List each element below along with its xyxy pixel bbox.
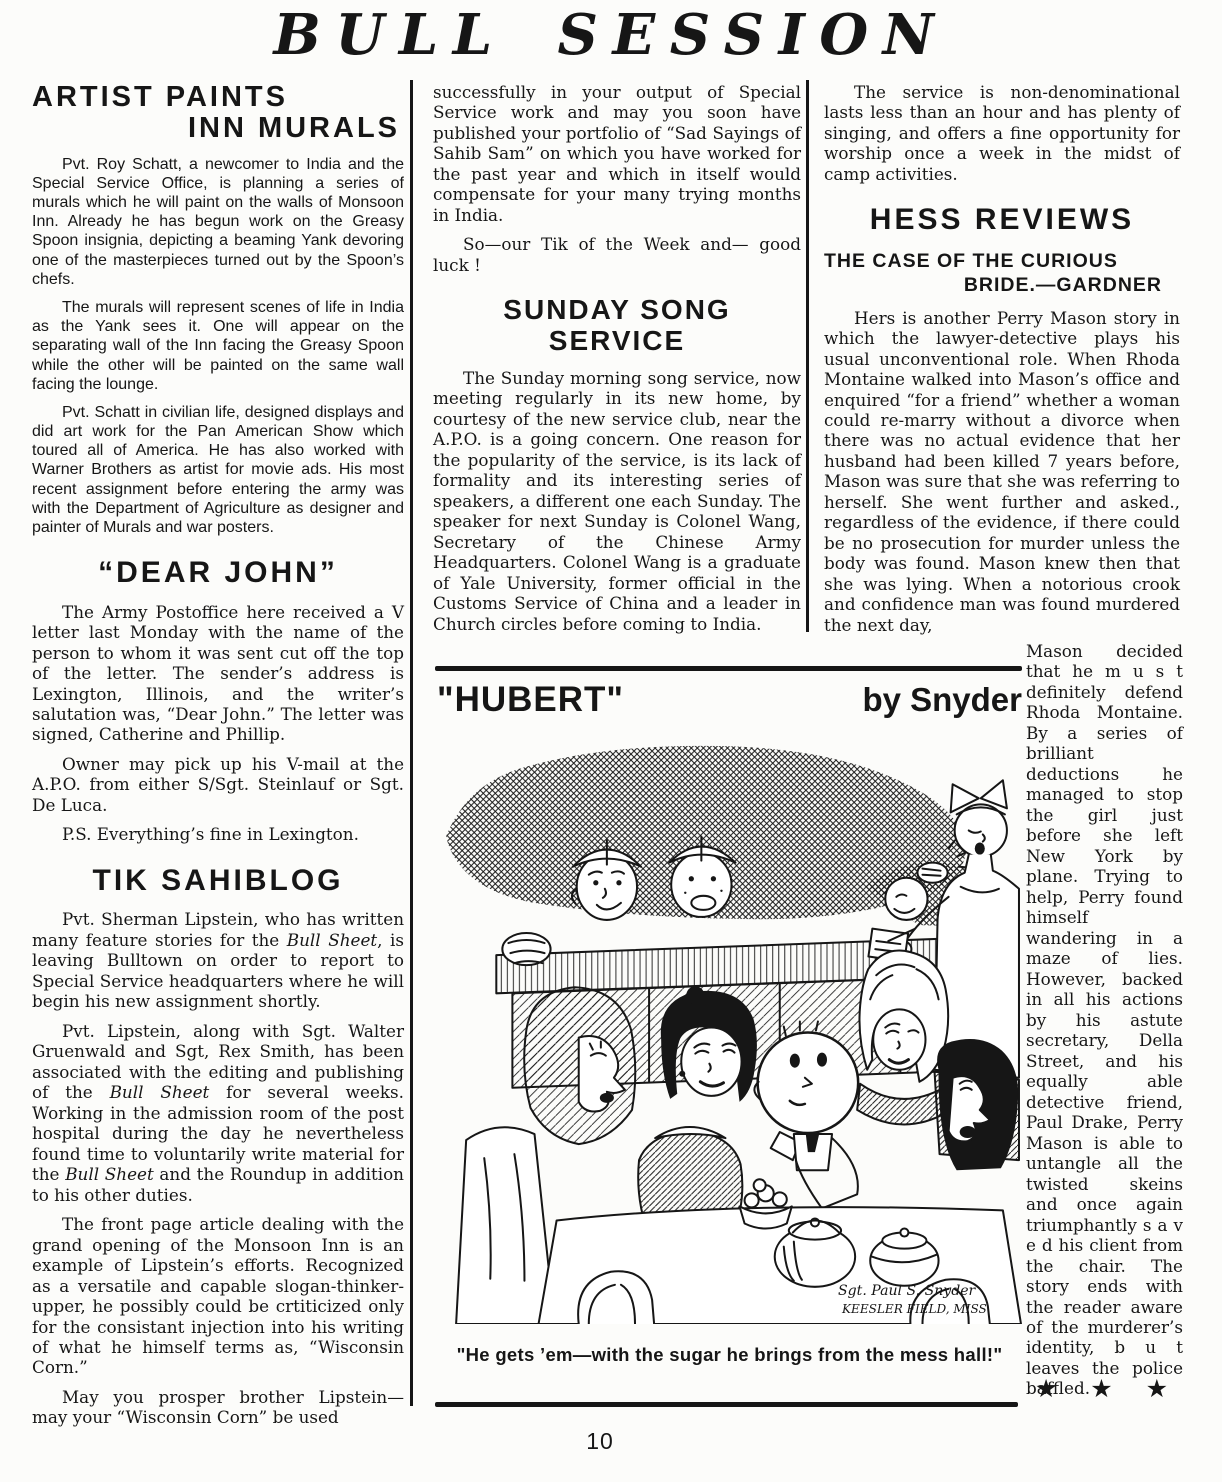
publication-name: Bull Sheet — [287, 930, 377, 950]
column-divider — [806, 80, 809, 632]
paragraph: Hers is another Perry Mason story in whi… — [824, 308, 1180, 636]
paragraph: So—our Tik of the Week and— good luck ! — [433, 234, 801, 275]
column-1: ARTIST PAINTSINN MURALS Pvt. Roy Schatt,… — [32, 82, 404, 1437]
paragraph: Pvt. Roy Schatt, a newcomer to India and… — [32, 155, 404, 289]
article-headline: SUNDAY SONG SERVICE — [433, 295, 801, 355]
woman-blonde — [857, 951, 948, 1125]
headline-line: ARTIST PAINTS — [32, 81, 288, 113]
hubert-character — [754, 1021, 858, 1208]
cartoon-illustration: Sgt. Paul S. Snyder KEESLER FIELD, MISS — [437, 736, 1022, 1324]
paragraph: Pvt. Lipstein, along with Sgt. Walter Gr… — [32, 1021, 404, 1205]
cartoon-byline: by Snyder — [862, 681, 1022, 719]
woman-headscarf — [524, 987, 635, 1144]
subhead-line: BRIDE.—GARDNER — [824, 273, 1180, 297]
cartoon-title: "HUBERT" — [437, 680, 624, 720]
page-number: 10 — [550, 1428, 650, 1455]
foreground-figure — [456, 1127, 555, 1324]
cartoon-header: "HUBERT" by Snyder — [437, 680, 1022, 720]
paragraph: P.S. Everything’s fine in Lexington. — [32, 824, 404, 844]
paragraph: Mason decided that he m u s t definitely… — [1026, 641, 1183, 1399]
column-3: The service is non-denominational lasts … — [824, 82, 1180, 644]
column-divider — [410, 80, 413, 1406]
woman-profile — [937, 1039, 1018, 1170]
article-headline: ARTIST PAINTSINN MURALS — [32, 82, 404, 145]
rating-stars: ★ ★ ★ — [1028, 1374, 1183, 1404]
cartoon-signature: KEESLER FIELD, MISS — [841, 1302, 987, 1316]
paragraph: successfully in your output of Special S… — [433, 82, 801, 225]
review-subhead: THE CASE OF THE CURIOUSBRIDE.—GARDNER — [824, 249, 1180, 298]
cartoon-bottom-rule — [435, 1402, 1018, 1407]
paragraph: May you prosper brother Lipstein— may yo… — [32, 1387, 404, 1428]
paragraph: Owner may pick up his V-mail at the A.P.… — [32, 754, 404, 815]
newspaper-page: BULL SESSION ARTIST PAINTSINN MURALS Pvt… — [0, 0, 1222, 1482]
paragraph: Pvt. Sherman Lipstein, who has written m… — [32, 909, 404, 1011]
article-headline: HESS REVIEWS — [824, 204, 1180, 236]
woman-brunette — [661, 986, 757, 1102]
subhead-line: THE CASE OF THE CURIOUS — [824, 250, 1118, 272]
publication-name: Bull Sheet — [110, 1082, 210, 1102]
cartoon-caption: "He gets ’em—with the sugar he brings fr… — [437, 1344, 1022, 1366]
article-headline: TIK SAHIBLOG — [32, 865, 404, 897]
cartoon-signature: Sgt. Paul S. Snyder — [838, 1283, 976, 1299]
page-title: BULL SESSION — [0, 2, 1222, 68]
column-2: successfully in your output of Special S… — [433, 82, 801, 643]
paragraph: Pvt. Schatt in civilian life, designed d… — [32, 403, 404, 537]
paragraph: The Sunday morning song service, now mee… — [433, 368, 801, 634]
masthead: BULL SESSION — [0, 0, 1222, 68]
paragraph: The Army Postoffice here received a V le… — [32, 602, 404, 745]
paragraph: The front page article dealing with the … — [32, 1214, 404, 1378]
headline-line: INN MURALS — [32, 113, 404, 144]
paragraph: The murals will represent scenes of life… — [32, 298, 404, 394]
column-3-narrow: Mason decided that he m u s t definitely… — [1026, 641, 1183, 1408]
gripping-hand — [502, 933, 550, 965]
paragraph: The service is non-denominational lasts … — [824, 82, 1180, 184]
article-headline: “DEAR JOHN” — [32, 557, 404, 589]
publication-name: Bull Sheet — [65, 1164, 154, 1184]
cartoon-top-rule — [435, 666, 1022, 671]
